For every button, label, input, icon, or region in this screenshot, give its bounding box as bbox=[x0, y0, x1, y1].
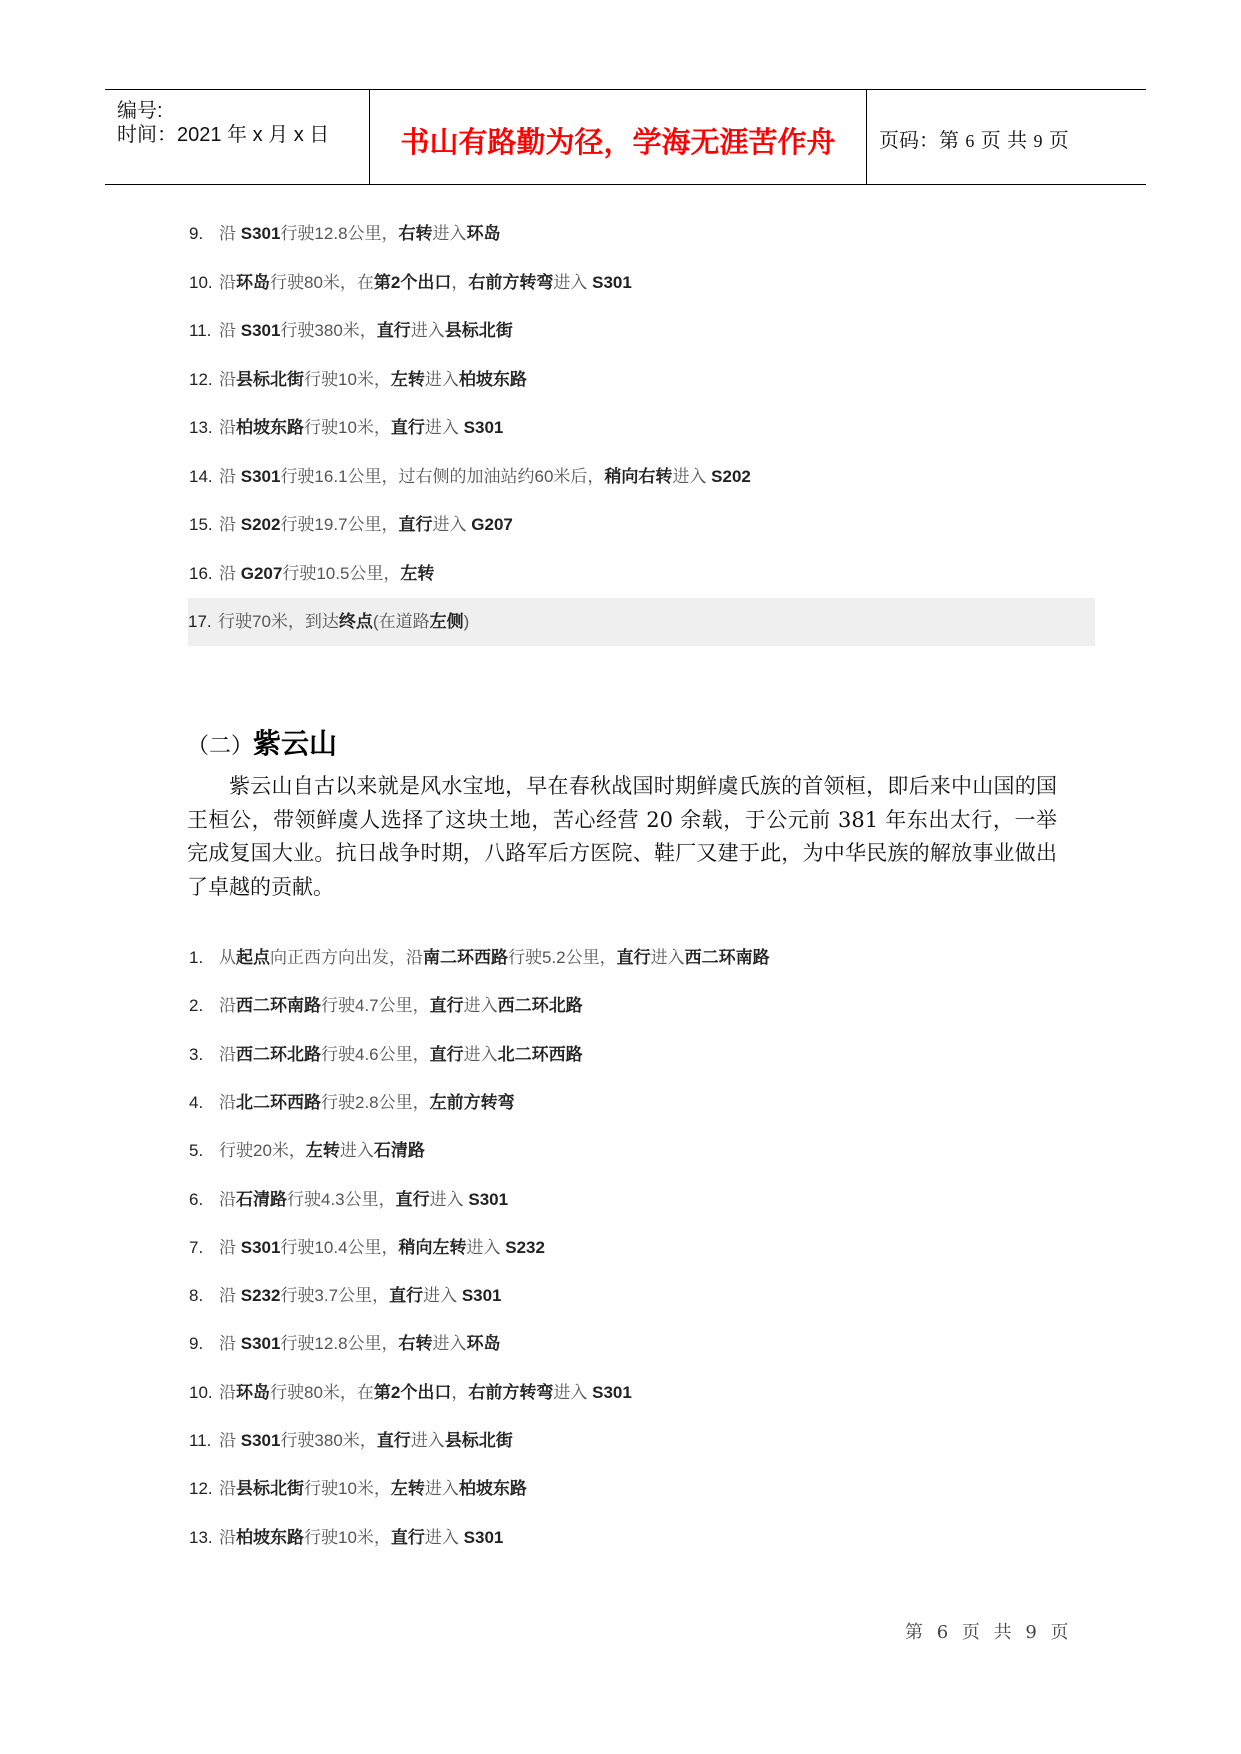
step-keyword: 右转 bbox=[399, 1334, 433, 1353]
route-step: 12.沿县标北街行驶10米，左转进入柏坡东路 bbox=[189, 356, 1089, 404]
step-text: 行驶10米， bbox=[304, 1528, 391, 1547]
step-text: 行驶12.8公里， bbox=[280, 224, 398, 243]
step-text: 进入 bbox=[433, 515, 472, 534]
step-number: 3. bbox=[189, 1031, 219, 1079]
step-text: 沿 bbox=[219, 370, 236, 389]
step-keyword: 石清路 bbox=[236, 1190, 287, 1209]
route-step: 9.沿 S301行驶12.8公里，右转进入环岛 bbox=[189, 210, 1089, 258]
route-step: 13.沿柏坡东路行驶10米，直行进入 S301 bbox=[189, 404, 1089, 452]
step-text: 从 bbox=[219, 948, 236, 967]
step-number: 8. bbox=[189, 1272, 219, 1320]
step-keyword: S301 bbox=[241, 224, 281, 243]
step-text: 进入 bbox=[433, 1334, 467, 1353]
step-number: 4. bbox=[189, 1079, 219, 1127]
step-text: 进入 bbox=[433, 224, 467, 243]
step-number: 9. bbox=[189, 210, 219, 258]
step-text: 进入 bbox=[553, 1383, 592, 1402]
step-text: 进入 bbox=[430, 1190, 469, 1209]
step-keyword: S301 bbox=[241, 1238, 281, 1257]
route-step: 14.沿 S301行驶16.1公里，过右侧的加油站约60米后，稍向右转进入 S2… bbox=[189, 453, 1089, 501]
step-text: 沿 bbox=[219, 224, 241, 243]
step-text: 行驶19.7公里， bbox=[280, 515, 398, 534]
step-text: 行驶4.7公里， bbox=[321, 996, 430, 1015]
step-keyword: 终点 bbox=[339, 612, 373, 631]
step-text: 行驶4.3公里， bbox=[287, 1190, 396, 1209]
step-keyword: 直行 bbox=[391, 418, 425, 437]
step-text: 进入 bbox=[411, 1431, 445, 1450]
step-keyword: S232 bbox=[241, 1286, 281, 1305]
step-text: 行驶380米， bbox=[280, 321, 376, 340]
step-keyword: S301 bbox=[241, 321, 281, 340]
step-keyword: 右转 bbox=[399, 224, 433, 243]
section-paragraph: 紫云山自古以来就是风水宝地，早在春秋战国时期鲜虞氏族的首领桓，即后来中山国的国王… bbox=[187, 770, 1057, 904]
step-keyword: 左转 bbox=[306, 1141, 340, 1160]
step-text: 进入 bbox=[340, 1141, 374, 1160]
step-keyword: S301 bbox=[468, 1190, 508, 1209]
step-keyword: 直行 bbox=[430, 1045, 464, 1064]
route-step: 3.沿西二环北路行驶4.6公里，直行进入北二环西路 bbox=[189, 1031, 1089, 1079]
date-label: 时间：2021 年 x 月 x 日 bbox=[117, 118, 329, 147]
step-text: 沿 bbox=[219, 418, 236, 437]
step-number: 10. bbox=[189, 1369, 219, 1417]
section-title: （二）紫云山 bbox=[187, 722, 337, 762]
step-text: 行驶12.8公里， bbox=[280, 1334, 398, 1353]
step-number: 14. bbox=[189, 453, 219, 501]
step-text: 沿 bbox=[219, 1528, 236, 1547]
step-text: 沿 bbox=[219, 1238, 241, 1257]
step-text: 进入 bbox=[411, 321, 445, 340]
step-keyword: 西二环南路 bbox=[236, 996, 321, 1015]
route-step: 5.行驶20米，左转进入石清路 bbox=[189, 1127, 1089, 1175]
step-text: 沿 bbox=[219, 1383, 236, 1402]
page-footer: 第 6 页 共 9 页 bbox=[905, 1618, 1073, 1644]
step-text: 进入 bbox=[464, 1045, 498, 1064]
step-text: 进入 bbox=[467, 1238, 506, 1257]
route-step: 11.沿 S301行驶380米，直行进入县标北街 bbox=[189, 307, 1089, 355]
step-keyword: S301 bbox=[241, 1334, 281, 1353]
page-current: 6 bbox=[965, 131, 974, 151]
step-text: 进入 bbox=[423, 1286, 462, 1305]
step-text: 沿 bbox=[219, 564, 241, 583]
header-left-cell: 编号: 时间：2021 年 x 月 x 日 bbox=[105, 90, 370, 184]
step-keyword: 环岛 bbox=[467, 224, 501, 243]
step-keyword: S202 bbox=[241, 515, 281, 534]
step-text: 行驶10米， bbox=[304, 1479, 391, 1498]
step-number: 11. bbox=[189, 307, 219, 355]
step-text: 进入 bbox=[425, 418, 464, 437]
step-keyword: 柏坡东路 bbox=[459, 1479, 527, 1498]
step-keyword: 直行 bbox=[391, 1528, 425, 1547]
step-keyword: 西二环北路 bbox=[498, 996, 583, 1015]
step-text: 沿 bbox=[219, 467, 241, 486]
step-keyword: 环岛 bbox=[236, 1383, 270, 1402]
step-text: 沿 bbox=[219, 1334, 241, 1353]
step-text: 行驶10.4公里， bbox=[280, 1238, 398, 1257]
step-keyword: 稍向左转 bbox=[399, 1238, 467, 1257]
step-text: 沿 bbox=[219, 1286, 241, 1305]
step-text: 行驶10米， bbox=[304, 370, 391, 389]
route-step: 8.沿 S232行驶3.7公里，直行进入 S301 bbox=[189, 1272, 1089, 1320]
step-keyword: S232 bbox=[505, 1238, 545, 1257]
step-keyword: S301 bbox=[592, 1383, 632, 1402]
step-keyword: 县标北街 bbox=[236, 1479, 304, 1498]
step-keyword: G207 bbox=[471, 515, 513, 534]
step-keyword: 县标北街 bbox=[445, 321, 513, 340]
route-step: 9.沿 S301行驶12.8公里，右转进入环岛 bbox=[189, 1320, 1089, 1368]
section-prefix: （二） bbox=[187, 734, 253, 759]
step-text: ) bbox=[464, 612, 470, 631]
step-keyword: S301 bbox=[241, 1431, 281, 1450]
step-keyword: 西二环南路 bbox=[685, 948, 770, 967]
step-text: 行驶70米，到达 bbox=[218, 612, 339, 631]
step-text: 行驶380米， bbox=[280, 1431, 376, 1450]
step-text: 进入 bbox=[425, 1479, 459, 1498]
step-text: 行驶16.1公里，过右侧的加油站约60米后， bbox=[280, 467, 604, 486]
step-text: (在道路 bbox=[373, 612, 430, 631]
step-number: 11. bbox=[189, 1417, 219, 1465]
step-keyword: 左侧 bbox=[430, 612, 464, 631]
step-keyword: 左转 bbox=[391, 1479, 425, 1498]
step-number: 2. bbox=[189, 982, 219, 1030]
step-text: 沿 bbox=[219, 1479, 236, 1498]
route-step: 4.沿北二环西路行驶2.8公里，左前方转弯 bbox=[189, 1079, 1089, 1127]
step-keyword: 柏坡东路 bbox=[236, 1528, 304, 1547]
header-page-info: 页码：第 6 页 共 9 页 bbox=[879, 124, 1069, 153]
step-keyword: S301 bbox=[462, 1286, 502, 1305]
step-keyword: 西二环北路 bbox=[236, 1045, 321, 1064]
route-step: 17.行驶70米，到达终点(在道路左侧) bbox=[188, 598, 1095, 646]
section-title-text: 紫云山 bbox=[253, 727, 337, 760]
step-number: 7. bbox=[189, 1224, 219, 1272]
header-motto-cell: 书山有路勤为径，学海无涯苦作舟 bbox=[370, 90, 867, 184]
step-number: 13. bbox=[189, 1514, 219, 1562]
step-keyword: S202 bbox=[711, 467, 751, 486]
header-page-cell: 页码：第 6 页 共 9 页 bbox=[867, 90, 1146, 184]
step-keyword: 左转 bbox=[391, 370, 425, 389]
route-step: 13.沿柏坡东路行驶10米，直行进入 S301 bbox=[189, 1514, 1089, 1562]
route-step: 1.从起点向正西方向出发，沿南二环西路行驶5.2公里，直行进入西二环南路 bbox=[189, 934, 1089, 982]
step-text: 沿 bbox=[219, 273, 236, 292]
step-keyword: 环岛 bbox=[467, 1334, 501, 1353]
step-keyword: 第2个出口 bbox=[374, 1383, 451, 1402]
step-keyword: 县标北街 bbox=[445, 1431, 513, 1450]
step-keyword: S301 bbox=[592, 273, 632, 292]
step-text: 进入 bbox=[651, 948, 685, 967]
step-text: ， bbox=[451, 1383, 468, 1402]
step-keyword: 起点 bbox=[236, 948, 270, 967]
step-number: 12. bbox=[189, 1465, 219, 1513]
route-step: 12.沿县标北街行驶10米，左转进入柏坡东路 bbox=[189, 1465, 1089, 1513]
page-header: 编号: 时间：2021 年 x 月 x 日 书山有路勤为径，学海无涯苦作舟 页码… bbox=[105, 89, 1146, 185]
step-number: 5. bbox=[189, 1127, 219, 1175]
step-text: 行驶2.8公里， bbox=[321, 1093, 430, 1112]
step-keyword: 柏坡东路 bbox=[236, 418, 304, 437]
step-keyword: 直行 bbox=[377, 321, 411, 340]
route-step: 11.沿 S301行驶380米，直行进入县标北街 bbox=[189, 1417, 1089, 1465]
step-keyword: 柏坡东路 bbox=[459, 370, 527, 389]
step-text: ， bbox=[451, 273, 468, 292]
step-keyword: 县标北街 bbox=[236, 370, 304, 389]
page-suffix: 页 bbox=[1049, 128, 1069, 152]
step-keyword: 直行 bbox=[430, 996, 464, 1015]
step-number: 13. bbox=[189, 404, 219, 452]
step-keyword: 左转 bbox=[400, 564, 434, 583]
step-keyword: 右前方转弯 bbox=[468, 273, 553, 292]
step-keyword: 直行 bbox=[389, 1286, 423, 1305]
step-text: 进入 bbox=[672, 467, 711, 486]
step-text: 行驶80米，在 bbox=[270, 273, 374, 292]
step-text: 沿 bbox=[219, 1045, 236, 1064]
step-keyword: 直行 bbox=[617, 948, 651, 967]
route-step: 10.沿环岛行驶80米，在第2个出口，右前方转弯进入 S301 bbox=[189, 259, 1089, 307]
step-text: 沿 bbox=[219, 1431, 241, 1450]
step-keyword: 直行 bbox=[399, 515, 433, 534]
step-text: 沿 bbox=[219, 515, 241, 534]
step-number: 6. bbox=[189, 1176, 219, 1224]
step-number: 17. bbox=[188, 598, 218, 646]
step-number: 10. bbox=[189, 259, 219, 307]
step-text: 沿 bbox=[219, 996, 236, 1015]
step-keyword: S301 bbox=[241, 467, 281, 486]
page-prefix: 页码：第 bbox=[879, 128, 959, 152]
step-text: 行驶4.6公里， bbox=[321, 1045, 430, 1064]
step-keyword: 南二环西路 bbox=[423, 948, 508, 967]
step-keyword: 北二环西路 bbox=[236, 1093, 321, 1112]
step-text: 进入 bbox=[464, 996, 498, 1015]
route-step: 2.沿西二环南路行驶4.7公里，直行进入西二环北路 bbox=[189, 982, 1089, 1030]
step-number: 12. bbox=[189, 356, 219, 404]
step-text: 沿 bbox=[219, 321, 241, 340]
step-text: 进入 bbox=[553, 273, 592, 292]
step-text: 沿 bbox=[219, 1093, 236, 1112]
step-keyword: 直行 bbox=[377, 1431, 411, 1450]
step-keyword: S301 bbox=[464, 418, 504, 437]
step-keyword: 左前方转弯 bbox=[430, 1093, 515, 1112]
step-text: 进入 bbox=[425, 370, 459, 389]
page-total: 9 bbox=[1033, 131, 1042, 151]
step-keyword: 直行 bbox=[396, 1190, 430, 1209]
step-text: 行驶20米， bbox=[219, 1141, 306, 1160]
page-mid: 页 共 bbox=[981, 128, 1027, 152]
step-number: 1. bbox=[189, 934, 219, 982]
motto: 书山有路勤为径，学海无涯苦作舟 bbox=[370, 120, 866, 161]
step-keyword: 石清路 bbox=[374, 1141, 425, 1160]
route-step: 15.沿 S202行驶19.7公里，直行进入 G207 bbox=[189, 501, 1089, 549]
route-step: 16.沿 G207行驶10.5公里，左转 bbox=[189, 550, 1089, 598]
step-number: 9. bbox=[189, 1320, 219, 1368]
step-text: 沿 bbox=[219, 1190, 236, 1209]
step-text: 行驶10.5公里， bbox=[282, 564, 400, 583]
route-step: 10.沿环岛行驶80米，在第2个出口，右前方转弯进入 S301 bbox=[189, 1369, 1089, 1417]
step-number: 16. bbox=[189, 550, 219, 598]
step-keyword: G207 bbox=[241, 564, 283, 583]
step-text: 向正西方向出发，沿 bbox=[270, 948, 423, 967]
step-text: 行驶5.2公里， bbox=[508, 948, 617, 967]
step-keyword: 稍向右转 bbox=[604, 467, 672, 486]
route-step: 7.沿 S301行驶10.4公里，稍向左转进入 S232 bbox=[189, 1224, 1089, 1272]
route-step: 6.沿石清路行驶4.3公里，直行进入 S301 bbox=[189, 1176, 1089, 1224]
step-keyword: 环岛 bbox=[236, 273, 270, 292]
step-keyword: 第2个出口 bbox=[374, 273, 451, 292]
step-text: 行驶3.7公里， bbox=[280, 1286, 389, 1305]
step-text: 行驶80米，在 bbox=[270, 1383, 374, 1402]
step-keyword: 北二环西路 bbox=[498, 1045, 583, 1064]
step-keyword: S301 bbox=[464, 1528, 504, 1547]
step-number: 15. bbox=[189, 501, 219, 549]
step-keyword: 右前方转弯 bbox=[468, 1383, 553, 1402]
step-text: 行驶10米， bbox=[304, 418, 391, 437]
step-text: 进入 bbox=[425, 1528, 464, 1547]
